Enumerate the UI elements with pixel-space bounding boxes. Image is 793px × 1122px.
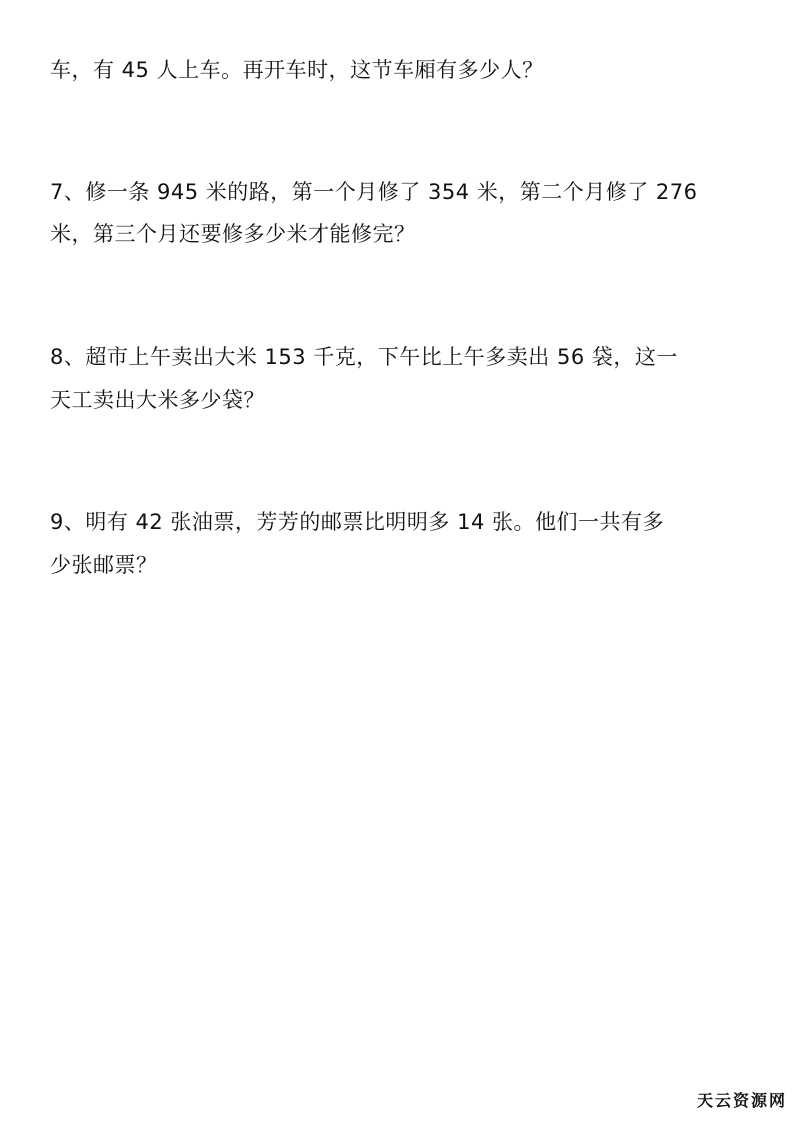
problem-7-line-2: 米，第三个月还要修多少米才能修完？ [50, 220, 416, 248]
problem-9-line-1: 9、明有 42 张油票，芳芳的邮票比明明多 14 张。他们一共有多 [50, 508, 664, 536]
problem-7-line-1: 7、修一条 945 米的路，第一个月修了 354 米，第二个月修了 276 [50, 178, 697, 206]
problem-9-line-2: 少张邮票？ [50, 551, 158, 579]
problem-6-continuation-line-1: 车，有 45 人上车。再开车时，这节车厢有多少人？ [50, 56, 544, 84]
watermark-text: 天云资源网 [697, 1088, 787, 1111]
problem-8-line-1: 8、超市上午卖出大米 153 千克，下午比上午多卖出 56 袋，这一 [50, 343, 678, 371]
problem-8-line-2: 天工卖出大米多少袋？ [50, 386, 265, 414]
